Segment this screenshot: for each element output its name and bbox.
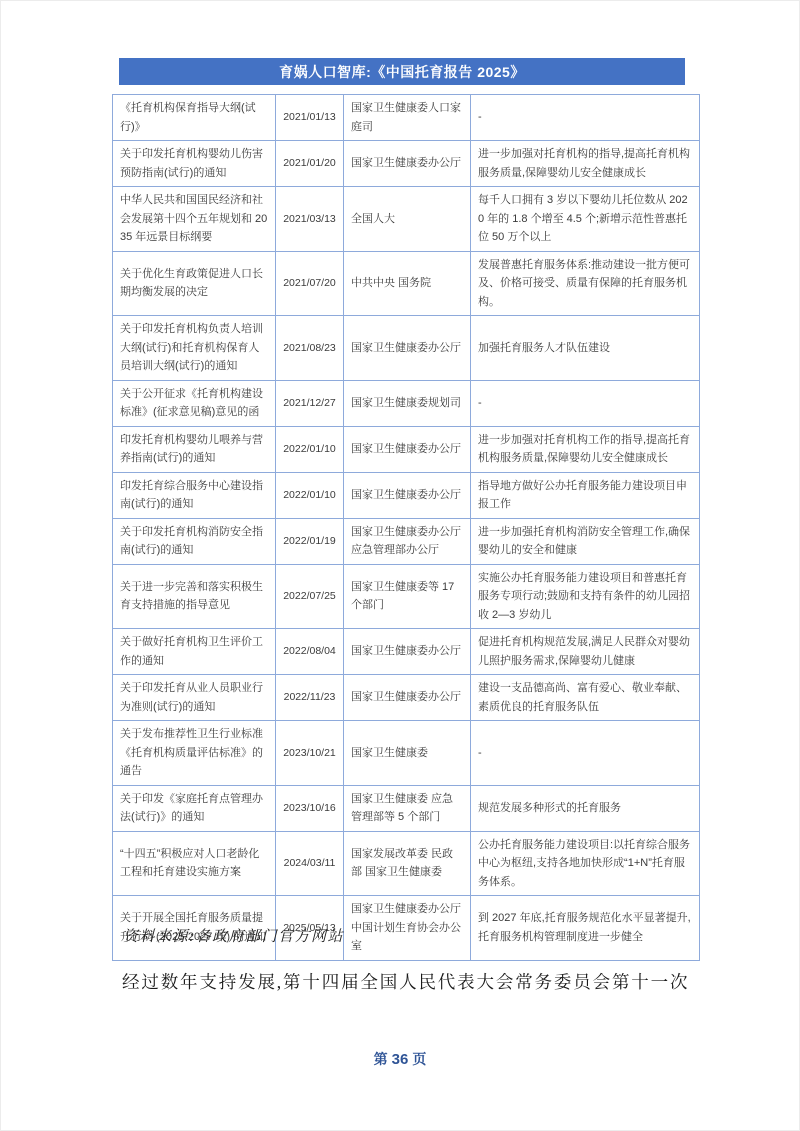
date-cell: 2021/03/13 (276, 187, 344, 252)
table-row: 关于优化生育政策促进人口长期均衡发展的决定2021/07/20中共中央 国务院发… (113, 251, 700, 316)
table-row: 关于公开征求《托育机构建设标准》(征求意见稿)意见的函2021/12/27国家卫… (113, 380, 700, 426)
table-row: 关于印发托育机构婴幼儿伤害预防指南(试行)的通知2021/01/20国家卫生健康… (113, 141, 700, 187)
table-row: 关于印发托育机构负责人培训大纲(试行)和托育机构保育人员培训大纲(试行)的通知2… (113, 316, 700, 381)
department-cell: 国家卫生健康委办公厅 (344, 316, 471, 381)
policy-name-cell: 关于印发托育从业人员职业行为准则(试行)的通知 (113, 675, 276, 721)
date-cell: 2022/11/23 (276, 675, 344, 721)
body-paragraph: 经过数年支持发展,第十四届全国人民代表大会常务委员会第十一次 (122, 969, 688, 994)
department-cell: 国家卫生健康委 应急管理部等 5 个部门 (344, 785, 471, 831)
description-cell: 促进托育机构规范发展,满足人民群众对婴幼儿照护服务需求,保障婴幼儿健康 (471, 629, 700, 675)
department-cell: 全国人大 (344, 187, 471, 252)
department-cell: 国家卫生健康委办公厅 (344, 675, 471, 721)
table-row: 印发托育综合服务中心建设指南(试行)的通知2022/01/10国家卫生健康委办公… (113, 472, 700, 518)
description-cell: 加强托育服务人才队伍建设 (471, 316, 700, 381)
description-cell: 规范发展多种形式的托育服务 (471, 785, 700, 831)
date-cell: 2022/01/10 (276, 472, 344, 518)
description-cell: - (471, 380, 700, 426)
date-cell: 2022/01/10 (276, 426, 344, 472)
description-cell: 进一步加强托育机构消防安全管理工作,确保婴幼儿的安全和健康 (471, 518, 700, 564)
date-cell: 2021/01/20 (276, 141, 344, 187)
date-cell: 2023/10/16 (276, 785, 344, 831)
policy-name-cell: 关于进一步完善和落实积极生育支持措施的指导意见 (113, 564, 276, 629)
table-row: “十四五”积极应对人口老龄化工程和托育建设实施方案2024/03/11国家发展改… (113, 831, 700, 896)
policy-name-cell: 关于印发托育机构消防安全指南(试行)的通知 (113, 518, 276, 564)
description-cell: - (471, 721, 700, 786)
policy-name-cell: “十四五”积极应对人口老龄化工程和托育建设实施方案 (113, 831, 276, 896)
date-cell: 2021/08/23 (276, 316, 344, 381)
description-cell: 到 2027 年底,托育服务规范化水平显著提升,托育服务机构管理制度进一步健全 (471, 896, 700, 961)
table-row: 印发托育机构婴幼儿喂养与营养指南(试行)的通知2022/01/10国家卫生健康委… (113, 426, 700, 472)
department-cell: 国家卫生健康委办公厅 中国计划生育协会办公室 (344, 896, 471, 961)
department-cell: 国家卫生健康委规划司 (344, 380, 471, 426)
date-cell: 2022/08/04 (276, 629, 344, 675)
policy-table-body: 《托育机构保育指导大纲(试行)》2021/01/13国家卫生健康委人口家庭司-关… (113, 95, 700, 961)
report-page: 育娲人口智库:《中国托育报告 2025》 《托育机构保育指导大纲(试行)》202… (0, 0, 800, 1131)
department-cell: 国家卫生健康委办公厅 (344, 141, 471, 187)
description-cell: 建设一支品德高尚、富有爱心、敬业奉献、素质优良的托育服务队伍 (471, 675, 700, 721)
department-cell: 国家卫生健康委等 17 个部门 (344, 564, 471, 629)
policy-table: 《托育机构保育指导大纲(试行)》2021/01/13国家卫生健康委人口家庭司-关… (112, 94, 700, 961)
date-cell: 2022/01/19 (276, 518, 344, 564)
page-number-footer: 第36页 (1, 1049, 799, 1069)
page-number-suffix: 页 (412, 1051, 426, 1067)
policy-name-cell: 关于优化生育政策促进人口长期均衡发展的决定 (113, 251, 276, 316)
policy-name-cell: 关于发布推荐性卫生行业标准《托育机构质量评估标准》的通告 (113, 721, 276, 786)
department-cell: 国家卫生健康委办公厅 (344, 629, 471, 675)
department-cell: 国家卫生健康委办公厅 (344, 472, 471, 518)
description-cell: - (471, 95, 700, 141)
table-row: 关于印发托育机构消防安全指南(试行)的通知2022/01/19国家卫生健康委办公… (113, 518, 700, 564)
description-cell: 发展普惠托育服务体系:推动建设一批方便可及、价格可接受、质量有保障的托育服务机构… (471, 251, 700, 316)
description-cell: 进一步加强对托育机构工作的指导,提高托育机构服务质量,保障婴幼儿安全健康成长 (471, 426, 700, 472)
table-row: 关于做好托育机构卫生评价工作的通知2022/08/04国家卫生健康委办公厅促进托… (113, 629, 700, 675)
table-row: 关于发布推荐性卫生行业标准《托育机构质量评估标准》的通告2023/10/21国家… (113, 721, 700, 786)
department-cell: 国家卫生健康委 (344, 721, 471, 786)
policy-name-cell: 《托育机构保育指导大纲(试行)》 (113, 95, 276, 141)
policy-name-cell: 关于印发托育机构负责人培训大纲(试行)和托育机构保育人员培训大纲(试行)的通知 (113, 316, 276, 381)
policy-name-cell: 关于印发托育机构婴幼儿伤害预防指南(试行)的通知 (113, 141, 276, 187)
date-cell: 2021/07/20 (276, 251, 344, 316)
table-row: 关于进一步完善和落实积极生育支持措施的指导意见2022/07/25国家卫生健康委… (113, 564, 700, 629)
department-cell: 国家卫生健康委办公厅 (344, 426, 471, 472)
table-row: 中华人民共和国国民经济和社会发展第十四个五年规划和 2035 年远景目标纲要20… (113, 187, 700, 252)
date-cell: 2022/07/25 (276, 564, 344, 629)
description-cell: 进一步加强对托育机构的指导,提高托育机构服务质量,保障婴幼儿安全健康成长 (471, 141, 700, 187)
policy-name-cell: 印发托育综合服务中心建设指南(试行)的通知 (113, 472, 276, 518)
description-cell: 公办托育服务能力建设项目:以托育综合服务中心为枢纽,支持各地加快形成“1+N”托… (471, 831, 700, 896)
page-number: 36 (388, 1051, 413, 1068)
department-cell: 国家发展改革委 民政部 国家卫生健康委 (344, 831, 471, 896)
policy-name-cell: 关于印发《家庭托育点管理办法(试行)》的通知 (113, 785, 276, 831)
description-cell: 指导地方做好公办托育服务能力建设项目申报工作 (471, 472, 700, 518)
description-cell: 每千人口拥有 3 岁以下婴幼儿托位数从 2020 年的 1.8 个增至 4.5 … (471, 187, 700, 252)
date-cell: 2021/12/27 (276, 380, 344, 426)
date-cell: 2023/10/21 (276, 721, 344, 786)
date-cell: 2021/01/13 (276, 95, 344, 141)
data-source-note: 资料来源:各政府部门官方网站 (123, 925, 344, 946)
report-title-banner: 育娲人口智库:《中国托育报告 2025》 (119, 58, 685, 85)
department-cell: 中共中央 国务院 (344, 251, 471, 316)
description-cell: 实施公办托育服务能力建设项目和普惠托育服务专项行动;鼓励和支持有条件的幼儿园招收… (471, 564, 700, 629)
table-row: 关于印发《家庭托育点管理办法(试行)》的通知2023/10/16国家卫生健康委 … (113, 785, 700, 831)
page-number-prefix: 第 (374, 1051, 388, 1067)
table-row: 关于印发托育从业人员职业行为准则(试行)的通知2022/11/23国家卫生健康委… (113, 675, 700, 721)
policy-name-cell: 关于做好托育机构卫生评价工作的通知 (113, 629, 276, 675)
table-row: 《托育机构保育指导大纲(试行)》2021/01/13国家卫生健康委人口家庭司- (113, 95, 700, 141)
department-cell: 国家卫生健康委人口家庭司 (344, 95, 471, 141)
policy-name-cell: 关于公开征求《托育机构建设标准》(征求意见稿)意见的函 (113, 380, 276, 426)
date-cell: 2024/03/11 (276, 831, 344, 896)
policy-name-cell: 印发托育机构婴幼儿喂养与营养指南(试行)的通知 (113, 426, 276, 472)
department-cell: 国家卫生健康委办公厅 应急管理部办公厅 (344, 518, 471, 564)
policy-name-cell: 中华人民共和国国民经济和社会发展第十四个五年规划和 2035 年远景目标纲要 (113, 187, 276, 252)
